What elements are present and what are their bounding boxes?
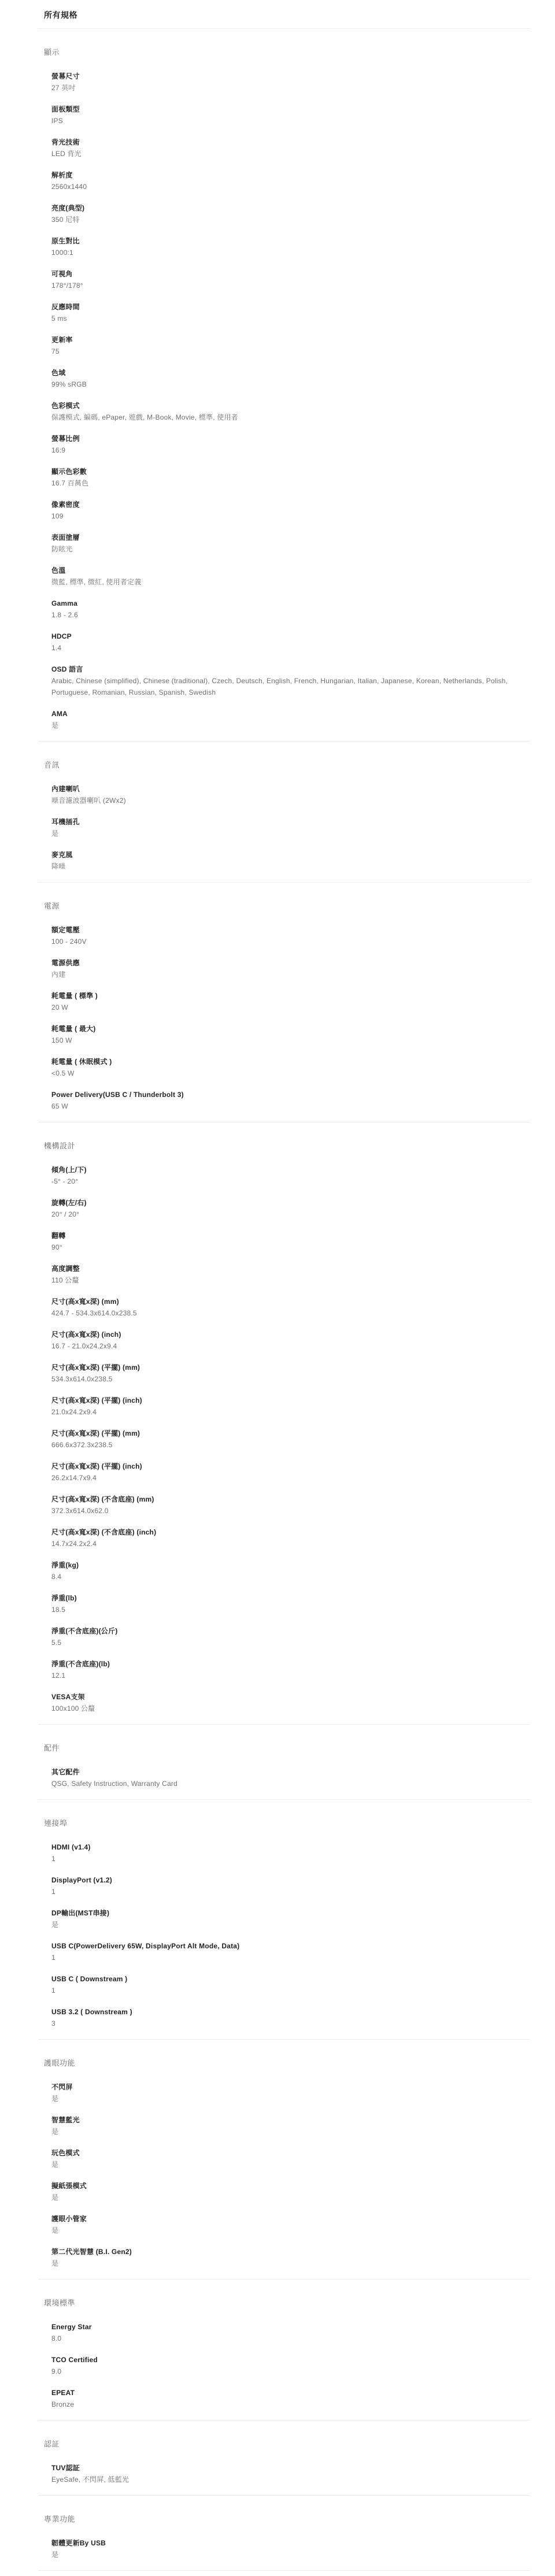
spec-item: Power Delivery(USB C / Thunderbolt 3) 65… — [38, 1089, 530, 1112]
spec-label: 色彩模式 — [51, 400, 530, 412]
spec-value: 26.2x14.7x9.4 — [51, 1472, 530, 1484]
spec-value: <0.5 W — [51, 1068, 530, 1079]
spec-label: 電源供應 — [51, 957, 530, 969]
spec-value: 內建 — [51, 969, 530, 980]
spec-value: 27 英吋 — [51, 82, 530, 94]
section-title: 電源 — [38, 901, 530, 911]
spec-item: VESA支架 100x100 公釐 — [38, 1691, 530, 1714]
spec-item: 可視角 178°/178° — [38, 268, 530, 291]
spec-item: 色彩模式 保護模式, 編碼, ePaper, 遊戲, M-Book, Movie… — [38, 400, 530, 423]
spec-label: DP輸出(MST串接) — [51, 1907, 530, 1919]
section-items: 傾角(上/下) -5° - 20° 旋轉(左/右) 20° / 20° 翻轉 9… — [38, 1164, 530, 1714]
spec-value: 100x100 公釐 — [51, 1703, 530, 1714]
spec-value: 16.7 百萬色 — [51, 477, 530, 489]
spec-label: 原生對比 — [51, 235, 530, 247]
spec-value: 150 W — [51, 1035, 530, 1046]
spec-label: 背光技術 — [51, 136, 530, 148]
spec-item: 旋轉(左/右) 20° / 20° — [38, 1197, 530, 1220]
spec-item: TUV認証 EyeSafe, 不閃屏, 低藍光 — [38, 2462, 530, 2485]
spec-value: 1.4 — [51, 642, 530, 654]
spec-label: 淨重(lb) — [51, 1592, 530, 1604]
header-divider — [38, 28, 530, 29]
spec-value: 保護模式, 編碼, ePaper, 遊戲, M-Book, Movie, 標準,… — [51, 412, 530, 423]
spec-item: 表面塗層 防眩光 — [38, 532, 530, 555]
spec-value: 是 — [51, 1919, 530, 1930]
spec-label: 表面塗層 — [51, 532, 530, 543]
spec-item: HDCP 1.4 — [38, 631, 530, 654]
section-divider — [38, 2420, 530, 2421]
spec-label: 尺寸(高x寬x深) (平擺) (mm) — [51, 1362, 530, 1373]
spec-value: 是 — [51, 2093, 530, 2104]
spec-value: 降噪 — [51, 861, 530, 872]
spec-item: HDMI (v1.4) 1 — [38, 1841, 530, 1865]
spec-item: 像素密度 109 — [38, 499, 530, 522]
spec-label: AMA — [51, 708, 530, 720]
spec-label: 色域 — [51, 367, 530, 379]
spec-item: 內建喇叭 噪音濾波器喇叭 (2Wx2) — [38, 783, 530, 806]
spec-value: 16:9 — [51, 444, 530, 456]
section-title: 環境標準 — [38, 2298, 530, 2308]
spec-value: 是 — [51, 2258, 530, 2269]
spec-item: 尺寸(高x寬x深) (inch) 16.7 - 21.0x24.2x9.4 — [38, 1329, 530, 1352]
spec-value: 9.0 — [51, 2366, 530, 2377]
spec-label: 尺寸(高x寬x深) (inch) — [51, 1329, 530, 1340]
spec-label: 螢幕比例 — [51, 433, 530, 444]
spec-value: 8.4 — [51, 1571, 530, 1582]
spec-value: 21.0x24.2x9.4 — [51, 1406, 530, 1418]
spec-label: 玩色模式 — [51, 2147, 530, 2159]
spec-value: 666.6x372.3x238.5 — [51, 1439, 530, 1451]
spec-value: 14.7x24.2x2.4 — [51, 1538, 530, 1550]
spec-value: EyeSafe, 不閃屏, 低藍光 — [51, 2474, 530, 2485]
spec-value: 1 — [51, 1985, 530, 1996]
section-items: 其它配件 QSG, Safety Instruction, Warranty C… — [38, 1766, 530, 1789]
spec-item: 色域 99% sRGB — [38, 367, 530, 390]
spec-label: 像素密度 — [51, 499, 530, 510]
spec-value: 372.3x614.0x62.0 — [51, 1505, 530, 1517]
spec-item: 翻轉 90° — [38, 1230, 530, 1253]
spec-item: USB 3.2 ( Downstream ) 3 — [38, 2006, 530, 2029]
specs-page: 所有規格 顯示 螢幕尺寸 27 英吋 面板類型 IPS 背光技術 LED 背光 … — [38, 0, 530, 2571]
spec-label: 翻轉 — [51, 1230, 530, 1241]
spec-value: -5° - 20° — [51, 1176, 530, 1187]
spec-label: 尺寸(高x寬x深) (平擺) (inch) — [51, 1395, 530, 1406]
spec-label: 更新率 — [51, 334, 530, 346]
spec-item: 傾角(上/下) -5° - 20° — [38, 1164, 530, 1187]
spec-label: Gamma — [51, 598, 530, 609]
spec-value: 5.5 — [51, 1637, 530, 1648]
spec-label: 耗電量 ( 最大) — [51, 1023, 530, 1035]
spec-value: LED 背光 — [51, 148, 530, 160]
spec-label: Energy Star — [51, 2321, 530, 2333]
spec-section: 音訊 內建喇叭 噪音濾波器喇叭 (2Wx2) 耳機插孔 是 麥克風 降噪 — [38, 760, 530, 883]
spec-label: 內建喇叭 — [51, 783, 530, 795]
section-title: 顯示 — [38, 47, 530, 58]
section-items: TUV認証 EyeSafe, 不閃屏, 低藍光 — [38, 2462, 530, 2485]
spec-value: 350 尼特 — [51, 214, 530, 225]
spec-label: 其它配件 — [51, 1766, 530, 1778]
spec-value: 5 ms — [51, 313, 530, 324]
spec-item: 耗電量 ( 標準 ) 20 W — [38, 990, 530, 1013]
spec-value: 是 — [51, 2126, 530, 2137]
section-title: 連接埠 — [38, 1818, 530, 1829]
spec-item: USB C ( Downstream ) 1 — [38, 1973, 530, 1996]
spec-label: 淨重(kg) — [51, 1559, 530, 1571]
spec-label: 韌體更新By USB — [51, 2537, 530, 2549]
spec-label: 尺寸(高x寬x深) (mm) — [51, 1296, 530, 1307]
spec-item: 螢幕比例 16:9 — [38, 433, 530, 456]
section-items: 不閃屏 是 智慧藍光 是 玩色模式 是 擬紙張模式 是 護眼小管家 是 第二代光… — [38, 2081, 530, 2269]
spec-item: 擬紙張模式 是 — [38, 2180, 530, 2203]
spec-item: 螢幕尺寸 27 英吋 — [38, 71, 530, 94]
spec-label: 色溫 — [51, 565, 530, 576]
spec-item: AMA 是 — [38, 708, 530, 731]
spec-value: 1 — [51, 1886, 530, 1897]
spec-item: Gamma 1.8 - 2.6 — [38, 598, 530, 621]
spec-value: 18.5 — [51, 1604, 530, 1615]
spec-value: 是 — [51, 828, 530, 839]
spec-item: EPEAT Bronze — [38, 2387, 530, 2410]
spec-item: 原生對比 1000:1 — [38, 235, 530, 258]
spec-item: 額定電壓 100 - 240V — [38, 924, 530, 947]
spec-section: 環境標準 Energy Star 8.0 TCO Certified 9.0 E… — [38, 2298, 530, 2421]
section-items: 內建喇叭 噪音濾波器喇叭 (2Wx2) 耳機插孔 是 麥克風 降噪 — [38, 783, 530, 872]
spec-value: 65 W — [51, 1100, 530, 1112]
spec-label: 旋轉(左/右) — [51, 1197, 530, 1209]
spec-label: 面板類型 — [51, 103, 530, 115]
spec-value: 20° / 20° — [51, 1209, 530, 1220]
spec-value: 110 公釐 — [51, 1274, 530, 1286]
spec-item: TCO Certified 9.0 — [38, 2354, 530, 2377]
spec-value: 534.3x614.0x238.5 — [51, 1373, 530, 1385]
spec-value: 178°/178° — [51, 280, 530, 291]
spec-value: 99% sRGB — [51, 379, 530, 390]
spec-label: 反應時間 — [51, 301, 530, 313]
section-divider — [38, 2570, 530, 2571]
spec-label: 顯示色彩數 — [51, 466, 530, 477]
section-divider — [38, 882, 530, 883]
spec-value: Bronze — [51, 2399, 530, 2410]
spec-label: OSD 語言 — [51, 664, 530, 675]
spec-item: USB C(PowerDelivery 65W, DisplayPort Alt… — [38, 1940, 530, 1963]
spec-label: 耗電量 ( 休眠模式 ) — [51, 1056, 530, 1068]
section-divider — [38, 741, 530, 742]
spec-item: 解析度 2560x1440 — [38, 169, 530, 192]
spec-label: 可視角 — [51, 268, 530, 280]
spec-value: 100 - 240V — [51, 936, 530, 947]
spec-item: 顯示色彩數 16.7 百萬色 — [38, 466, 530, 489]
spec-value: Arabic, Chinese (simplified), Chinese (t… — [51, 675, 530, 698]
spec-label: 傾角(上/下) — [51, 1164, 530, 1176]
spec-value: 1 — [51, 1952, 530, 1963]
section-divider — [38, 1122, 530, 1122]
spec-item: 淨重(lb) 18.5 — [38, 1592, 530, 1615]
spec-label: TUV認証 — [51, 2462, 530, 2474]
spec-value: 噪音濾波器喇叭 (2Wx2) — [51, 795, 530, 806]
spec-item: 智慧藍光 是 — [38, 2114, 530, 2137]
spec-section: 配件 其它配件 QSG, Safety Instruction, Warrant… — [38, 1743, 530, 1800]
spec-value: 1.8 - 2.6 — [51, 609, 530, 621]
spec-section: 連接埠 HDMI (v1.4) 1 DisplayPort (v1.2) 1 D… — [38, 1818, 530, 2040]
spec-item: 電源供應 內建 — [38, 957, 530, 980]
spec-label: USB C(PowerDelivery 65W, DisplayPort Alt… — [51, 1940, 530, 1952]
spec-section: 顯示 螢幕尺寸 27 英吋 面板類型 IPS 背光技術 LED 背光 解析度 2… — [38, 47, 530, 742]
spec-section: 機構設計 傾角(上/下) -5° - 20° 旋轉(左/右) 20° / 20°… — [38, 1141, 530, 1725]
spec-item: 耳機插孔 是 — [38, 816, 530, 839]
spec-item: 麥克風 降噪 — [38, 849, 530, 872]
spec-label: USB 3.2 ( Downstream ) — [51, 2006, 530, 2018]
spec-label: 擬紙張模式 — [51, 2180, 530, 2192]
spec-item: 淨重(不含底座)(lb) 12.1 — [38, 1658, 530, 1681]
section-divider — [38, 1799, 530, 1800]
spec-item: 第二代光智慧 (B.I. Gen2) 是 — [38, 2246, 530, 2269]
spec-value: 是 — [51, 2549, 530, 2560]
section-items: 韌體更新By USB 是 — [38, 2537, 530, 2560]
spec-label: TCO Certified — [51, 2354, 530, 2366]
spec-item: 韌體更新By USB 是 — [38, 2537, 530, 2560]
spec-label: 解析度 — [51, 169, 530, 181]
spec-label: 尺寸(高x寬x深) (不含底座) (mm) — [51, 1493, 530, 1505]
spec-value: 2560x1440 — [51, 181, 530, 192]
spec-item: 其它配件 QSG, Safety Instruction, Warranty C… — [38, 1766, 530, 1789]
spec-item: DP輸出(MST串接) 是 — [38, 1907, 530, 1930]
section-title: 配件 — [38, 1743, 530, 1754]
spec-label: 麥克風 — [51, 849, 530, 861]
spec-value: 75 — [51, 346, 530, 357]
spec-value: 90° — [51, 1241, 530, 1253]
spec-value: 是 — [51, 2225, 530, 2236]
spec-value: 12.1 — [51, 1670, 530, 1681]
spec-label: 尺寸(高x寬x深) (平擺) (mm) — [51, 1428, 530, 1439]
spec-item: 淨重(不含底座)(公斤) 5.5 — [38, 1625, 530, 1648]
spec-value: 8.0 — [51, 2333, 530, 2344]
spec-label: 不閃屏 — [51, 2081, 530, 2093]
spec-value: 109 — [51, 510, 530, 522]
spec-value: 1000:1 — [51, 247, 530, 258]
section-divider — [38, 2279, 530, 2280]
spec-value: 3 — [51, 2018, 530, 2029]
spec-item: 尺寸(高x寬x深) (平擺) (inch) 21.0x24.2x9.4 — [38, 1395, 530, 1418]
page-title: 所有規格 — [38, 9, 530, 21]
spec-item: 不閃屏 是 — [38, 2081, 530, 2104]
spec-value: 是 — [51, 720, 530, 731]
spec-value: 防眩光 — [51, 543, 530, 555]
section-divider — [38, 2495, 530, 2496]
spec-sections-list: 顯示 螢幕尺寸 27 英吋 面板類型 IPS 背光技術 LED 背光 解析度 2… — [38, 47, 530, 2571]
spec-item: 淨重(kg) 8.4 — [38, 1559, 530, 1582]
spec-item: 尺寸(高x寬x深) (不含底座) (inch) 14.7x24.2x2.4 — [38, 1526, 530, 1550]
spec-label: 額定電壓 — [51, 924, 530, 936]
spec-item: 反應時間 5 ms — [38, 301, 530, 324]
spec-item: 色溫 微藍, 標準, 微紅, 使用者定義 — [38, 565, 530, 588]
spec-item: 更新率 75 — [38, 334, 530, 357]
spec-value: 20 W — [51, 1002, 530, 1013]
spec-label: 淨重(不含底座)(公斤) — [51, 1625, 530, 1637]
spec-label: USB C ( Downstream ) — [51, 1973, 530, 1985]
section-divider — [38, 2039, 530, 2040]
section-items: HDMI (v1.4) 1 DisplayPort (v1.2) 1 DP輸出(… — [38, 1841, 530, 2029]
section-items: 額定電壓 100 - 240V 電源供應 內建 耗電量 ( 標準 ) 20 W … — [38, 924, 530, 1112]
spec-value: QSG, Safety Instruction, Warranty Card — [51, 1778, 530, 1789]
spec-item: 亮度(典型) 350 尼特 — [38, 202, 530, 225]
spec-item: 耗電量 ( 休眠模式 ) <0.5 W — [38, 1056, 530, 1079]
spec-label: HDMI (v1.4) — [51, 1841, 530, 1853]
spec-item: 面板類型 IPS — [38, 103, 530, 127]
spec-label: VESA支架 — [51, 1691, 530, 1703]
section-title: 護眼功能 — [38, 2058, 530, 2069]
spec-item: DisplayPort (v1.2) 1 — [38, 1874, 530, 1897]
spec-item: 尺寸(高x寬x深) (不含底座) (mm) 372.3x614.0x62.0 — [38, 1493, 530, 1517]
spec-label: 高度調整 — [51, 1263, 530, 1274]
spec-label: 護眼小管家 — [51, 2213, 530, 2225]
spec-section: 護眼功能 不閃屏 是 智慧藍光 是 玩色模式 是 擬紙張模式 是 護眼小管家 是… — [38, 2058, 530, 2280]
spec-label: 尺寸(高x寬x深) (不含底座) (inch) — [51, 1526, 530, 1538]
spec-value: 1 — [51, 1853, 530, 1865]
spec-label: 第二代光智慧 (B.I. Gen2) — [51, 2246, 530, 2258]
spec-item: 尺寸(高x寬x深) (平擺) (mm) 534.3x614.0x238.5 — [38, 1362, 530, 1385]
spec-label: 耳機插孔 — [51, 816, 530, 828]
spec-item: 護眼小管家 是 — [38, 2213, 530, 2236]
spec-section: 認証 TUV認証 EyeSafe, 不閃屏, 低藍光 — [38, 2439, 530, 2496]
section-items: Energy Star 8.0 TCO Certified 9.0 EPEAT … — [38, 2321, 530, 2410]
spec-label: Power Delivery(USB C / Thunderbolt 3) — [51, 1089, 530, 1100]
section-items: 螢幕尺寸 27 英吋 面板類型 IPS 背光技術 LED 背光 解析度 2560… — [38, 71, 530, 731]
spec-label: 淨重(不含底座)(lb) — [51, 1658, 530, 1670]
spec-item: 高度調整 110 公釐 — [38, 1263, 530, 1286]
spec-section: 專業功能 韌體更新By USB 是 — [38, 2514, 530, 2571]
spec-item: 背光技術 LED 背光 — [38, 136, 530, 160]
spec-value: 是 — [51, 2192, 530, 2203]
spec-value: 是 — [51, 2159, 530, 2170]
spec-label: 螢幕尺寸 — [51, 71, 530, 82]
spec-label: 亮度(典型) — [51, 202, 530, 214]
spec-label: DisplayPort (v1.2) — [51, 1874, 530, 1886]
spec-label: 耗電量 ( 標準 ) — [51, 990, 530, 1002]
spec-value: 16.7 - 21.0x24.2x9.4 — [51, 1340, 530, 1352]
spec-item: OSD 語言 Arabic, Chinese (simplified), Chi… — [38, 664, 530, 698]
spec-value: 424.7 - 534.3x614.0x238.5 — [51, 1307, 530, 1319]
spec-label: 智慧藍光 — [51, 2114, 530, 2126]
section-title: 機構設計 — [38, 1141, 530, 1151]
spec-value: 微藍, 標準, 微紅, 使用者定義 — [51, 576, 530, 588]
section-title: 專業功能 — [38, 2514, 530, 2525]
spec-item: 尺寸(高x寬x深) (平擺) (inch) 26.2x14.7x9.4 — [38, 1461, 530, 1484]
spec-label: EPEAT — [51, 2387, 530, 2399]
spec-item: 耗電量 ( 最大) 150 W — [38, 1023, 530, 1046]
spec-item: 尺寸(高x寬x深) (平擺) (mm) 666.6x372.3x238.5 — [38, 1428, 530, 1451]
spec-value: IPS — [51, 115, 530, 127]
spec-item: 玩色模式 是 — [38, 2147, 530, 2170]
spec-item: Energy Star 8.0 — [38, 2321, 530, 2344]
section-divider — [38, 1724, 530, 1725]
section-title: 認証 — [38, 2439, 530, 2449]
spec-section: 電源 額定電壓 100 - 240V 電源供應 內建 耗電量 ( 標準 ) 20… — [38, 901, 530, 1122]
spec-label: 尺寸(高x寬x深) (平擺) (inch) — [51, 1461, 530, 1472]
spec-item: 尺寸(高x寬x深) (mm) 424.7 - 534.3x614.0x238.5 — [38, 1296, 530, 1319]
section-title: 音訊 — [38, 760, 530, 770]
spec-label: HDCP — [51, 631, 530, 642]
